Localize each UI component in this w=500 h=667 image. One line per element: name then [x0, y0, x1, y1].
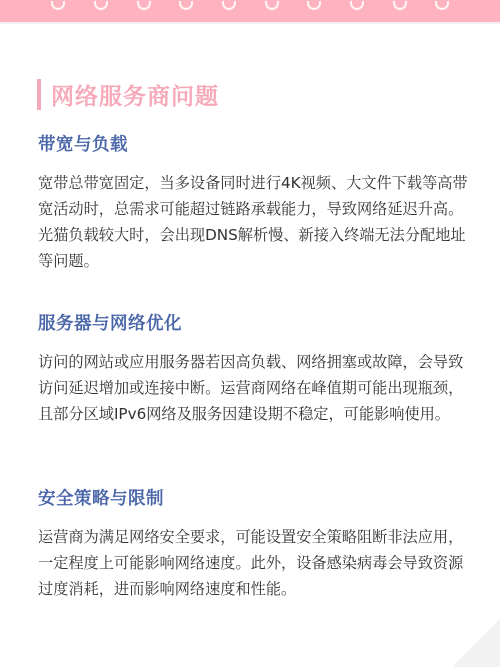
scallop-arc-icon: [265, 1, 279, 10]
scallop-arc-icon: [350, 1, 364, 10]
scallop-arc-icon: [51, 1, 65, 10]
scallop-arc-icon: [94, 1, 108, 10]
section-security-policy: 安全策略与限制 运营商为满足网络安全要求，可能设置安全策略阻断非法应用，一定程度…: [38, 488, 468, 602]
section-body: 宽带总带宽固定，当多设备同时进行4K视频、大文件下载等高带宽活动时，总需求可能超…: [38, 170, 468, 274]
top-band-divider: [0, 22, 500, 24]
scallop-arc-icon: [137, 1, 151, 10]
section-heading: 安全策略与限制: [38, 488, 468, 510]
top-decorative-band: [0, 0, 500, 22]
page-title: 网络服务商问题: [51, 78, 219, 111]
section-heading: 服务器与网络优化: [38, 313, 468, 335]
scallop-arc-icon: [179, 1, 193, 10]
scallop-arc-icon: [307, 1, 321, 10]
scallop-arc-icon: [393, 1, 407, 10]
section-server-network: 服务器与网络优化 访问的网站或应用服务器若因高负载、网络拥塞或故障，会导致访问延…: [38, 313, 468, 427]
section-heading: 带宽与负载: [38, 134, 468, 156]
section-body: 访问的网站或应用服务器若因高负载、网络拥塞或故障，会导致访问延迟增加或连接中断。…: [38, 349, 468, 427]
scallop-arc-icon: [435, 1, 449, 10]
title-accent-bar: [37, 79, 41, 110]
page-title-block: 网络服务商问题: [37, 79, 219, 110]
page-curl-corner: [452, 619, 500, 667]
section-body: 运营商为满足网络安全要求，可能设置安全策略阻断非法应用，一定程度上可能影响网络速…: [38, 524, 468, 602]
scallop-arc-icon: [222, 1, 236, 10]
section-bandwidth-load: 带宽与负载 宽带总带宽固定，当多设备同时进行4K视频、大文件下载等高带宽活动时，…: [38, 134, 468, 274]
